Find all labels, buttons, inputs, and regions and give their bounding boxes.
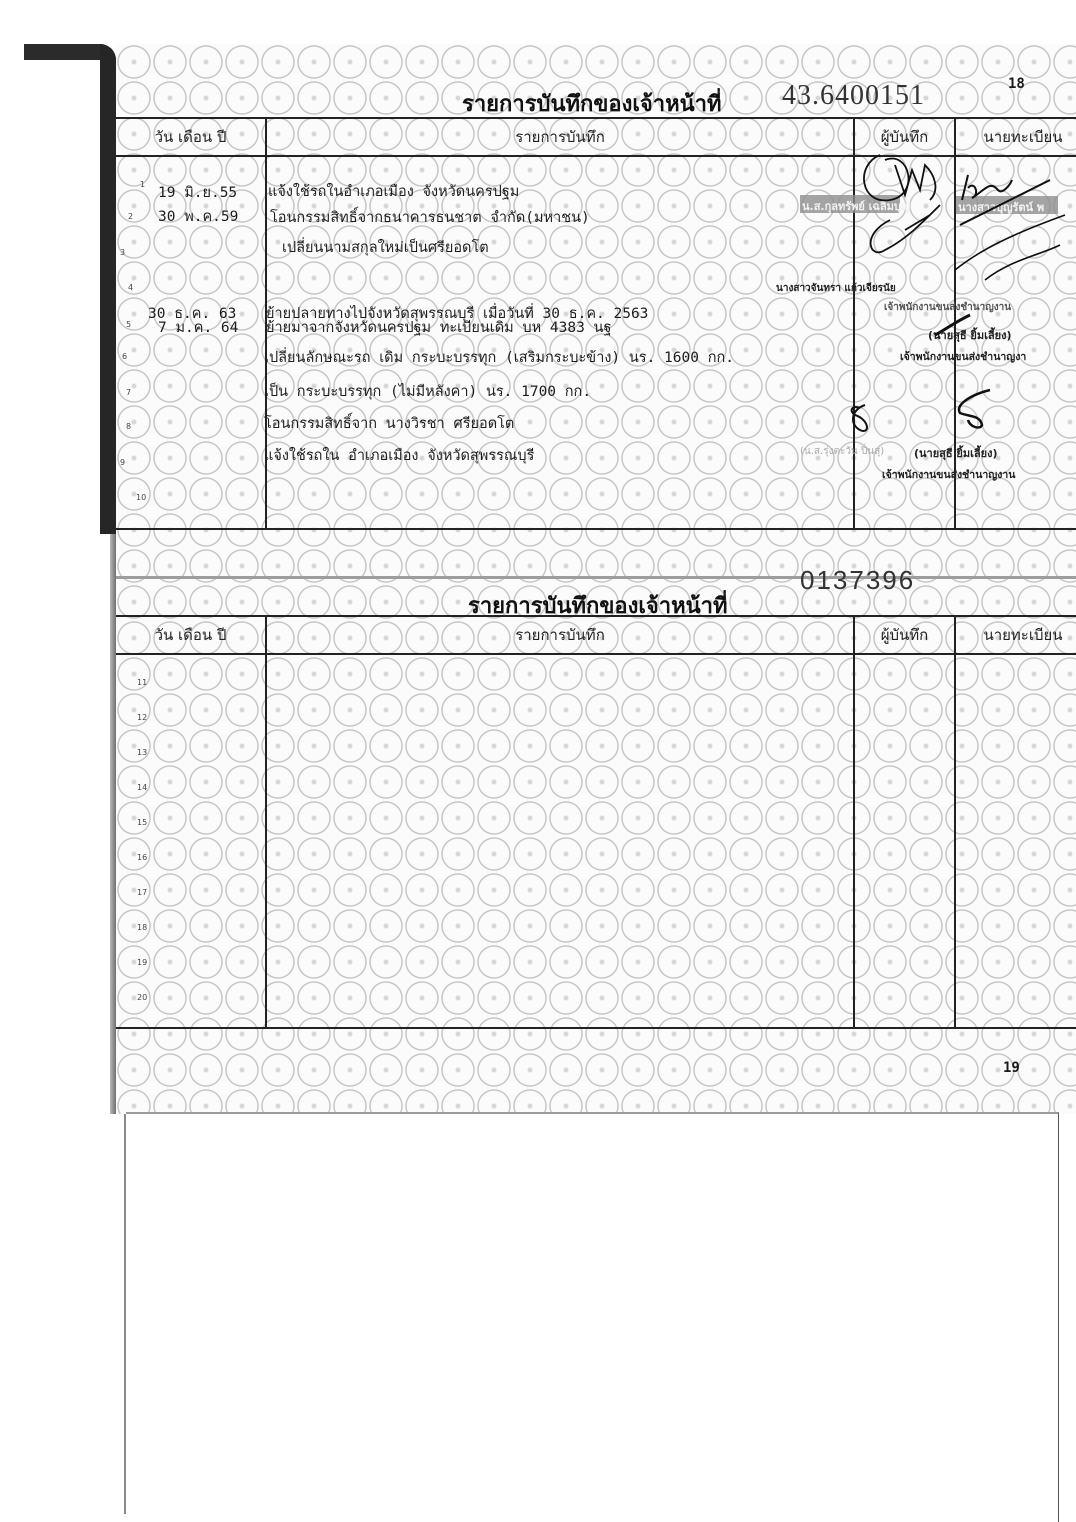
lower-record-table: วัน เดือน ปี รายการบันทึก ผู้บันทึก นายท… — [116, 615, 1076, 1029]
header-recorder: ผู้บันทึก — [854, 616, 955, 654]
lower-body-row — [116, 654, 1076, 1028]
handwritten-registration-number: 43.6400151 — [782, 80, 925, 112]
lower-recorder-cell — [854, 654, 955, 1028]
header-recorder: ผู้บันทึก — [854, 118, 955, 156]
upper-record-table: วัน เดือน ปี รายการบันทึก ผู้บันทึก นายท… — [116, 117, 1076, 530]
upper-body-row — [116, 156, 1076, 529]
page-number-bottom: 19 — [1003, 1060, 1020, 1076]
upper-registrar-cell — [955, 156, 1076, 529]
stamped-serial-number: 0137396 — [800, 565, 915, 596]
header-date: วัน เดือน ปี — [116, 118, 266, 156]
upper-entry-cell — [266, 156, 854, 529]
header-registrar: นายทะเบียน — [955, 118, 1076, 156]
lower-header-row: วัน เดือน ปี รายการบันทึก ผู้บันทึก นายท… — [116, 616, 1076, 654]
header-date: วัน เดือน ปี — [116, 616, 266, 654]
upper-section-title: รายการบันทึกของเจ้าหน้าที่ — [462, 86, 722, 121]
blank-scan-area — [126, 1112, 1059, 1522]
upper-recorder-cell — [854, 156, 955, 529]
upper-header-row: วัน เดือน ปี รายการบันทึก ผู้บันทึก นายท… — [116, 118, 1076, 156]
lower-entry-cell — [266, 654, 854, 1028]
page-number-top: 18 — [1008, 76, 1025, 92]
scan-edge-shadow-left — [100, 44, 116, 534]
upper-date-cell — [116, 156, 266, 529]
header-registrar: นายทะเบียน — [955, 616, 1076, 654]
header-entry: รายการบันทึก — [266, 616, 854, 654]
lower-date-cell — [116, 654, 266, 1028]
header-entry: รายการบันทึก — [266, 118, 854, 156]
lower-registrar-cell — [955, 654, 1076, 1028]
page-fold-line — [116, 576, 1076, 579]
